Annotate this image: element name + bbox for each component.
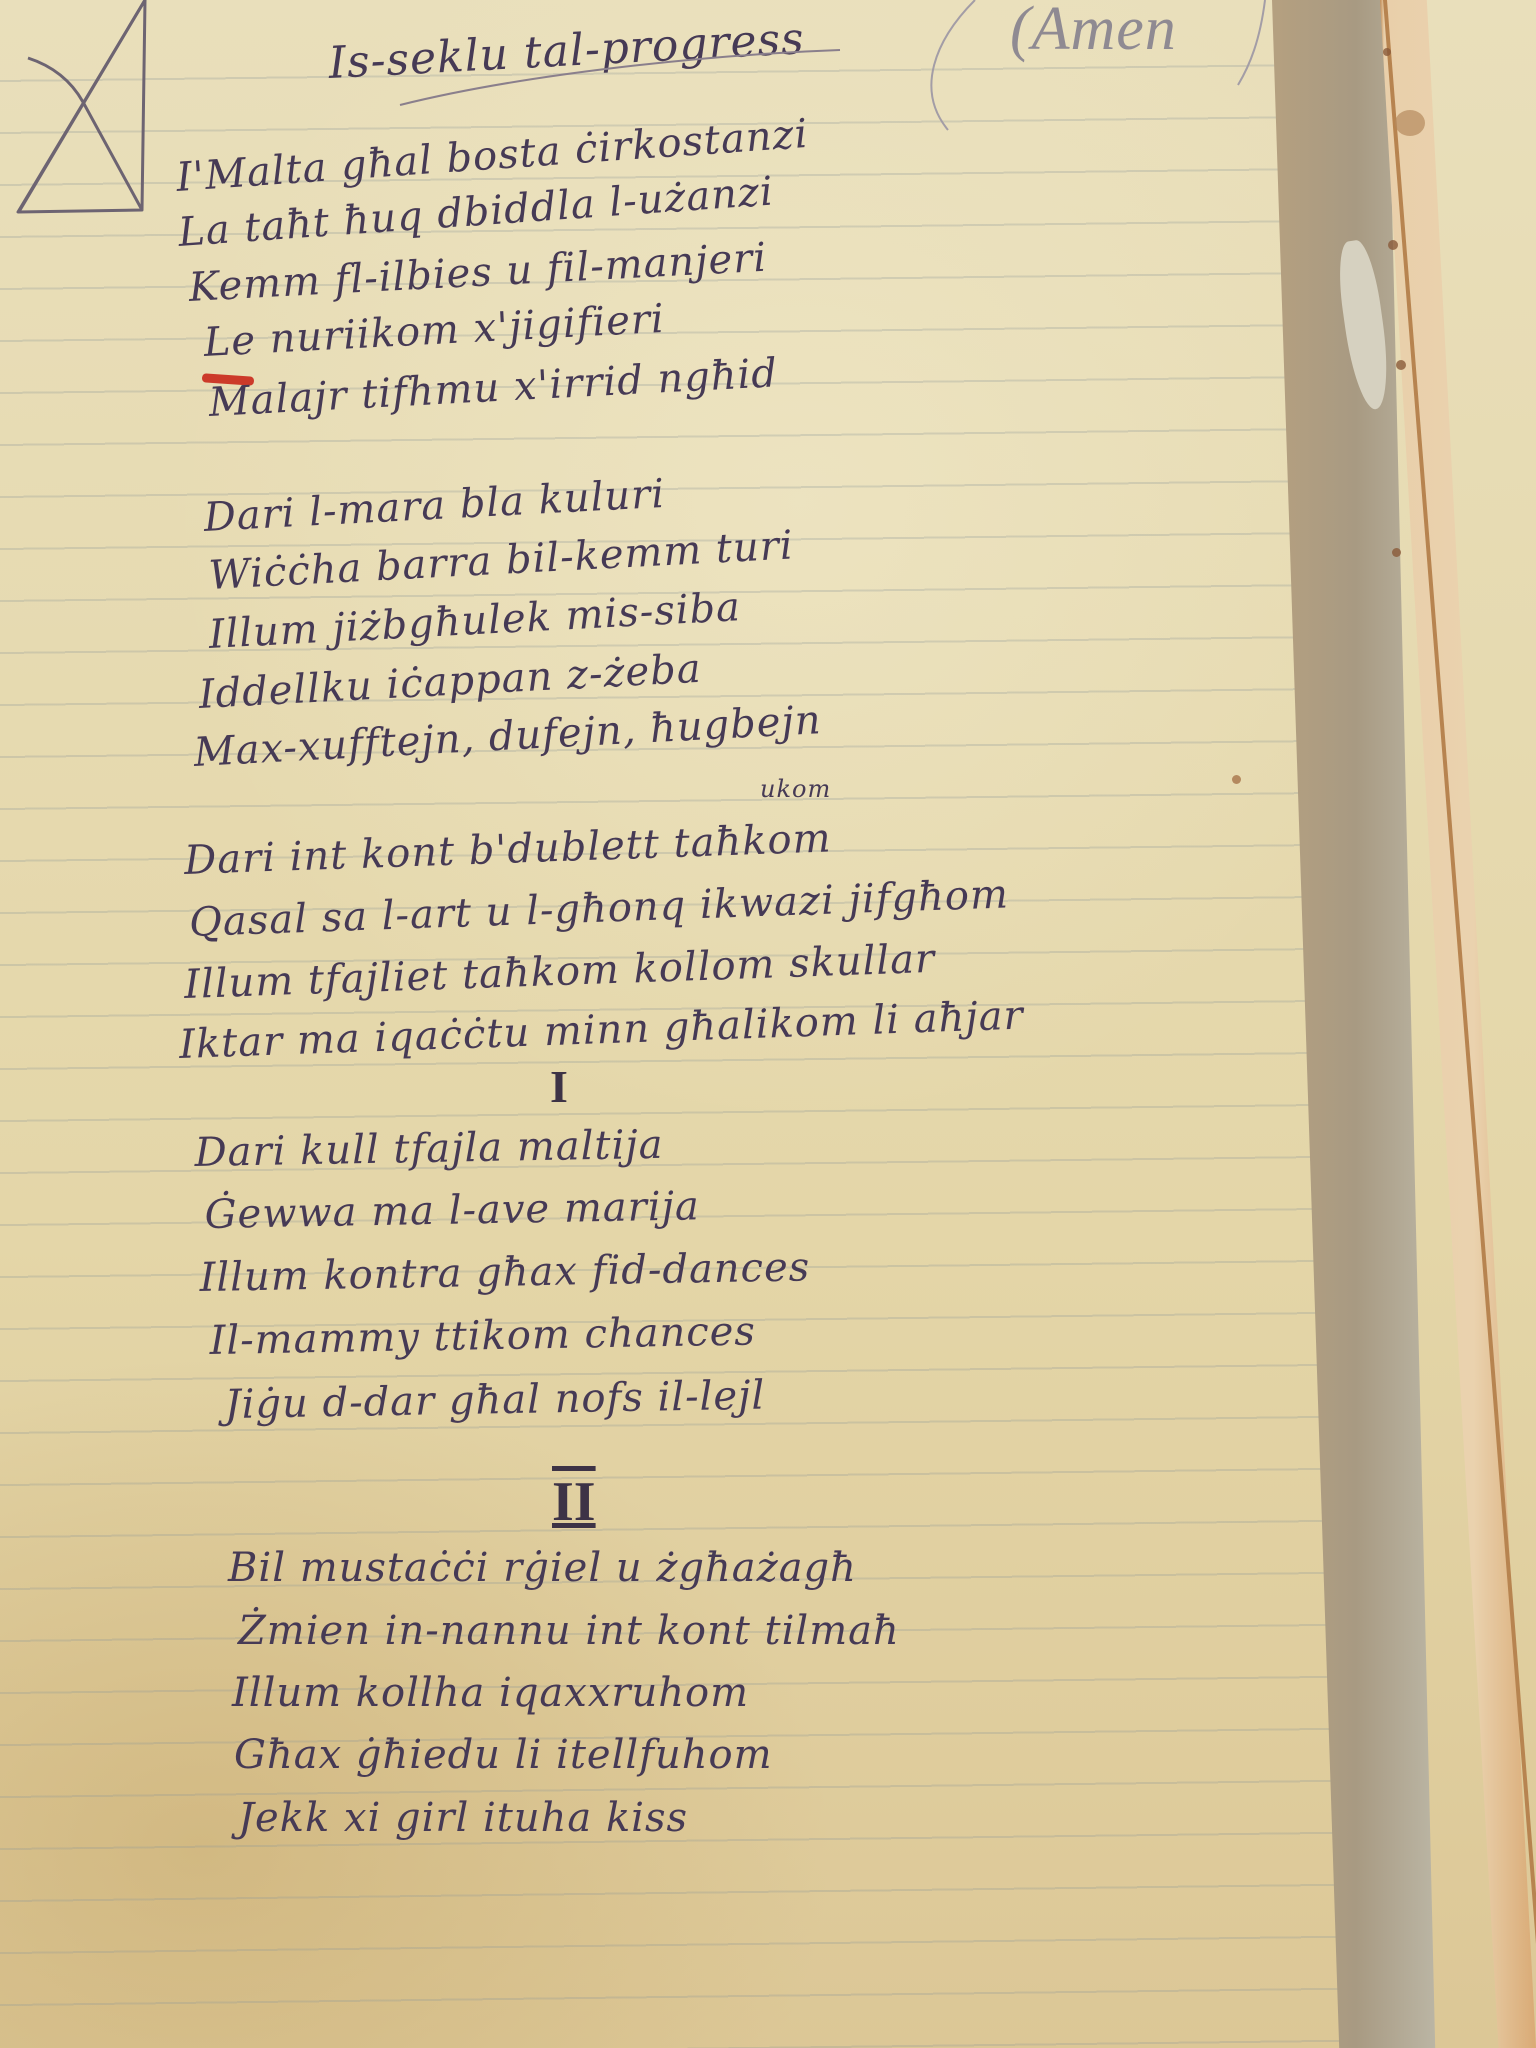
rust-spot bbox=[1383, 48, 1391, 56]
rust-spot bbox=[1388, 240, 1398, 250]
rust-spot bbox=[1396, 360, 1406, 370]
brown-blot bbox=[1395, 110, 1425, 136]
section-marker: II bbox=[552, 1470, 596, 1534]
poem-line: Jiġu d-dar għal nofs il-lejl bbox=[224, 1373, 765, 1428]
ink-spot bbox=[1232, 775, 1241, 784]
poem-line: Għax ġħiedu li itellfuhom bbox=[234, 1732, 773, 1778]
section-marker: I bbox=[550, 1060, 568, 1113]
poem-line: Il-mammy ttikom chances bbox=[209, 1308, 756, 1364]
poem-line: Jekk xi girl ituha kiss bbox=[238, 1795, 688, 1841]
poem-line: Illum kollha iqaxxruhom bbox=[232, 1670, 749, 1716]
poem-line: Bil mustaċċi rġiel u żgħażagħ bbox=[228, 1545, 857, 1591]
rust-spot bbox=[1392, 548, 1401, 557]
poem-line: Dari kull tfajla maltija bbox=[194, 1122, 664, 1176]
interlinear-note: ukom bbox=[760, 775, 831, 803]
poem-line: Ġewwa ma l-ave marija bbox=[204, 1183, 700, 1238]
pencil-note: (Amen bbox=[1010, 0, 1177, 65]
poem-line: Żmien in-nannu int kont tilmaħ bbox=[238, 1608, 900, 1654]
